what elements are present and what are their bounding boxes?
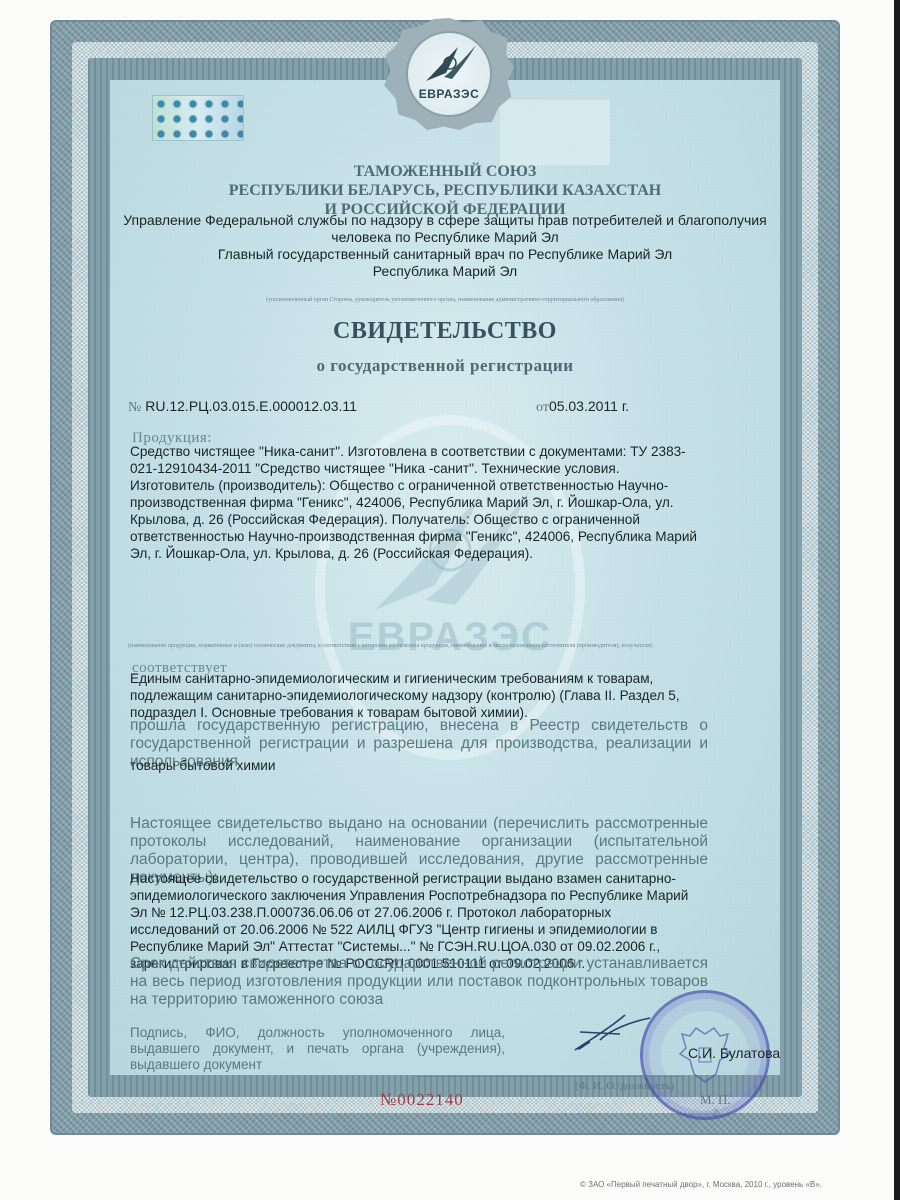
number-value: RU.12.РЦ.03.015.Е.000012.03.11 bbox=[145, 398, 357, 414]
union-title-line-2: РЕСПУБЛИКИ БЕЛАРУСЬ, РЕСПУБЛИКИ КАЗАХСТА… bbox=[110, 181, 780, 200]
registration-number: № RU.12.РЦ.03.015.Е.000012.03.11 bbox=[128, 398, 357, 416]
validity-text: Срок действия свидетельства о государств… bbox=[130, 955, 708, 1009]
authority-line-1: Управление Федеральной службы по надзору… bbox=[110, 212, 780, 229]
stamp-place-label: М. П. bbox=[700, 1092, 731, 1108]
signatory-name: С.И. Булатова bbox=[688, 1045, 780, 1061]
form-serial-number: №0022140 bbox=[380, 1090, 464, 1110]
signature-label: Подпись, ФИО, должность уполномоченного … bbox=[130, 1025, 505, 1073]
printer-imprint: © ЗАО «Первый печатный двор», г. Москва,… bbox=[580, 1180, 822, 1189]
registration-date: от05.03.2011 г. bbox=[536, 398, 629, 416]
product-description: Средство чистящее "Ника-санит". Изготовл… bbox=[130, 443, 700, 562]
document-title: СВИДЕТЕЛЬСТВО bbox=[110, 318, 780, 345]
authority-caption: (уполномоченный орган Стороны, руководит… bbox=[110, 297, 780, 303]
date-value: 05.03.2011 г. bbox=[549, 398, 629, 414]
date-label: от bbox=[536, 400, 549, 415]
issuing-authority: Управление Федеральной службы по надзору… bbox=[110, 212, 780, 280]
usage-scope: товары бытовой химии bbox=[130, 758, 275, 773]
number-label: № bbox=[128, 400, 141, 415]
certificate-content: ТАМОЖЕННЫЙ СОЮЗ РЕСПУБЛИКИ БЕЛАРУСЬ, РЕС… bbox=[0, 0, 900, 1200]
document-subtitle: о государственной регистрации bbox=[110, 356, 780, 376]
signature-line bbox=[415, 1076, 685, 1077]
customs-union-title: ТАМОЖЕННЫЙ СОЮЗ РЕСПУБЛИКИ БЕЛАРУСЬ, РЕС… bbox=[110, 162, 780, 219]
authority-line-3: Главный государственный санитарный врач … bbox=[110, 246, 780, 263]
stamp-number: 2 bbox=[713, 1108, 718, 1119]
signatory-caption: (Ф. И. О./должность) bbox=[575, 1080, 674, 1092]
product-caption: (наименование продукции, нормативные и (… bbox=[128, 643, 768, 649]
authority-line-4: Республика Марий Эл bbox=[110, 263, 780, 280]
compliance-text: Единым санитарно-эпидемиологическим и ги… bbox=[130, 670, 700, 721]
authority-line-2: человека по Республике Марий Эл bbox=[110, 229, 780, 246]
union-title-line-1: ТАМОЖЕННЫЙ СОЮЗ bbox=[110, 162, 780, 181]
